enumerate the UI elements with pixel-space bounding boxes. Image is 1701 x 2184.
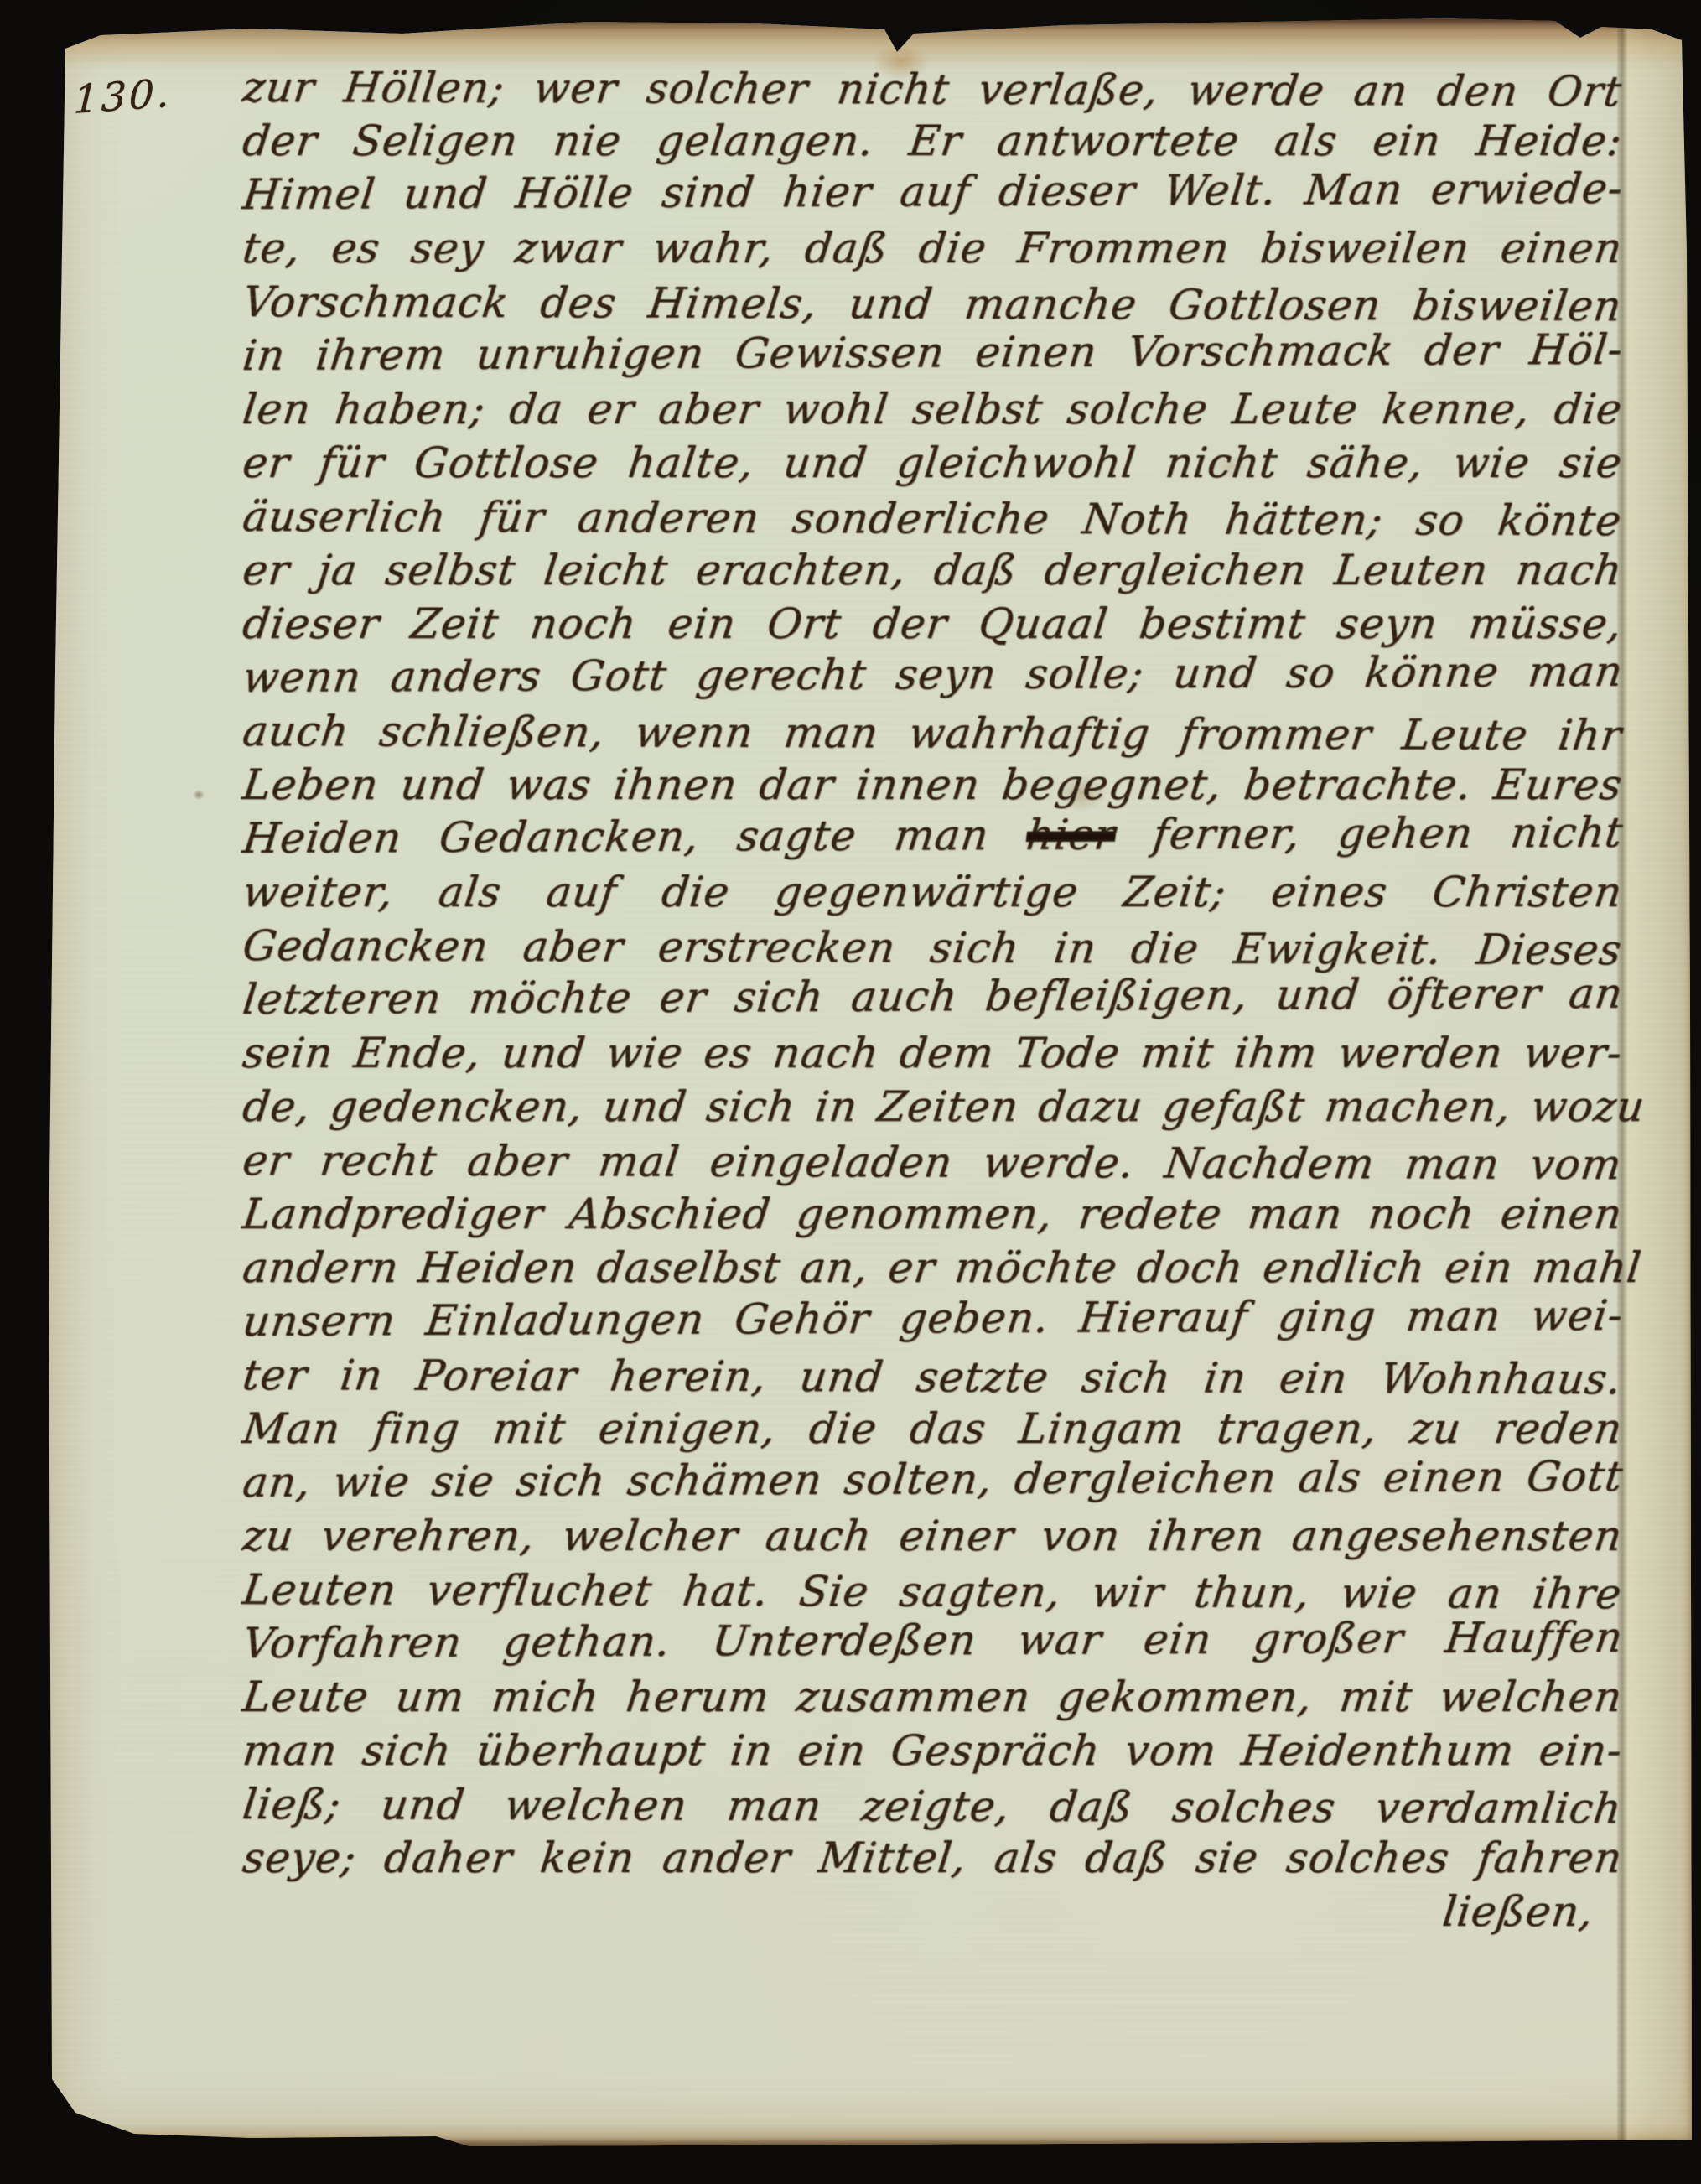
text-segment: Landprediger Abschied genommen, redete m… (240, 1190, 1625, 1238)
text-segment: auch schließen, wenn man wahrhaftig from… (240, 707, 1625, 760)
text-segment: der Seligen nie gelangen. Er antwortete … (240, 117, 1625, 165)
page-number: 130. (73, 70, 173, 123)
handwritten-line: zur Höllen; wer solcher nicht verlaße, w… (240, 60, 1625, 118)
text-segment: de, gedencken, und sich in Zeiten dazu g… (240, 1082, 1647, 1131)
handwritten-line: Leute um mich herum zusammen gekommen, m… (240, 1670, 1626, 1724)
handwritten-line: ter in Poreiar herein, und setzte sich i… (240, 1348, 1625, 1406)
handwritten-line: er ja selbst leicht erachten, daß dergle… (240, 543, 1626, 597)
handwritten-line: an, wie sie sich schämen solten, derglei… (240, 1450, 1626, 1509)
text-segment: Leute um mich herum zusammen gekommen, m… (240, 1673, 1625, 1721)
handwritten-line: letzteren möchte er sich auch befleißige… (240, 967, 1626, 1026)
text-segment: er für Gottlose halte, und gleichwohl ni… (240, 438, 1625, 487)
handwritten-line: in ihrem unruhigen Gewissen einen Vorsch… (240, 323, 1626, 382)
text-segment: Himel und Hölle sind hier auf dieser Wel… (241, 164, 1626, 219)
text-segment: Leuten verfluchet hat. Sie sagten, wir t… (240, 1565, 1625, 1618)
text-segment: Gedancken aber erstrecken sich in die Ew… (240, 921, 1625, 974)
text-segment: Man fing mit einigen, die das Lingam tra… (240, 1404, 1625, 1453)
fold-crease (1616, 17, 1692, 2146)
text-segment: an, wie sie sich schämen solten, derglei… (241, 1452, 1626, 1507)
text-segment: seye; daher kein ander Mittel, als daß s… (240, 1834, 1625, 1882)
handwritten-line: unsern Einladungen Gehör geben. Hierauf … (240, 1289, 1626, 1348)
text-segment: unsern Einladungen Gehör geben. Hierauf … (241, 1291, 1626, 1346)
handwritten-line: der Seligen nie gelangen. Er antwortete … (240, 114, 1626, 168)
handwritten-line: auch schließen, wenn man wahrhaftig from… (240, 704, 1625, 762)
catchword: ließen, (240, 1885, 1626, 1938)
torn-bottom-edge (42, 2124, 1692, 2146)
handwritten-line: Landprediger Abschied genommen, redete m… (240, 1187, 1626, 1241)
text-segment: in ihrem unruhigen Gewissen einen Vorsch… (241, 325, 1626, 380)
text-segment: dieser Zeit noch ein Ort der Quaal besti… (240, 599, 1625, 648)
handwritten-line: seye; daher kein ander Mittel, als daß s… (240, 1831, 1626, 1885)
text-segment: Heiden Gedancken, sagte man (241, 811, 1030, 863)
handwritten-text-block: zur Höllen; wer solcher nicht verlaße, w… (243, 60, 1622, 1938)
text-segment: er recht aber mal eingeladen werde. Nach… (240, 1136, 1625, 1189)
text-segment: man sich überhaupt in ein Gespräch vom H… (240, 1726, 1625, 1775)
handwritten-line: äuserlich für anderen sonderliche Noth h… (240, 490, 1625, 547)
struck-word: hier (1024, 810, 1118, 859)
handwritten-line: Vorfahren gethan. Unterdeßen war ein gro… (240, 1611, 1626, 1670)
handwritten-line: er für Gottlose halte, und gleichwohl ni… (240, 436, 1626, 490)
text-segment: Leben und was ihnen dar innen begegnet, … (240, 760, 1625, 809)
handwritten-line: Heiden Gedancken, sagte man hier ferner,… (240, 806, 1626, 865)
text-segment: ter in Poreiar herein, und setzte sich i… (240, 1351, 1625, 1403)
handwritten-line: len haben; da er aber wohl selbst solche… (240, 382, 1626, 436)
handwritten-line: er recht aber mal eingeladen werde. Nach… (240, 1134, 1625, 1191)
text-segment: Vorschmack des Himels, und manche Gottlo… (240, 278, 1625, 330)
text-segment: te, es sey zwar wahr, daß die Frommen bi… (240, 224, 1625, 272)
manuscript-page: 130. zur Höllen; wer solcher nicht verla… (42, 17, 1692, 2146)
text-segment: len haben; da er aber wohl selbst solche… (240, 385, 1625, 433)
handwritten-line: te, es sey zwar wahr, daß die Frommen bi… (240, 221, 1626, 275)
text-segment: ließ; und welchen man zeigte, daß solche… (240, 1780, 1625, 1833)
handwritten-line: weiter, als auf die gegenwärtige Zeit; e… (240, 865, 1626, 919)
text-segment: ferner, gehen nicht (1112, 808, 1626, 859)
handwritten-line: Himel und Hölle sind hier auf dieser Wel… (240, 162, 1626, 221)
text-segment: zur Höllen; wer solcher nicht verlaße, w… (240, 63, 1625, 116)
handwritten-line: wenn anders Gott gerecht seyn solle; und… (240, 645, 1626, 704)
handwritten-line: man sich überhaupt in ein Gespräch vom H… (240, 1724, 1626, 1777)
handwritten-line: sein Ende, und wie es nach dem Tode mit … (240, 1026, 1626, 1080)
handwritten-line: Man fing mit einigen, die das Lingam tra… (240, 1402, 1626, 1455)
text-segment: letzteren möchte er sich auch befleißige… (241, 969, 1626, 1024)
text-segment: zu verehren, welcher auch einer von ihre… (240, 1512, 1625, 1560)
text-segment: er ja selbst leicht erachten, daß dergle… (240, 546, 1625, 594)
text-segment: andern Heiden daselbst an, er möchte doc… (240, 1243, 1644, 1292)
handwritten-line: andern Heiden daselbst an, er möchte doc… (240, 1241, 1626, 1294)
text-segment: wenn anders Gott gerecht seyn solle; und… (241, 647, 1626, 702)
text-segment: äuserlich für anderen sonderliche Noth h… (240, 492, 1625, 545)
text-segment: weiter, als auf die gegenwärtige Zeit; e… (240, 868, 1625, 916)
handwritten-line: zu verehren, welcher auch einer von ihre… (240, 1509, 1626, 1563)
paper-stain (193, 790, 205, 800)
handwritten-line: dieser Zeit noch ein Ort der Quaal besti… (240, 597, 1626, 651)
text-segment: Vorfahren gethan. Unterdeßen war ein gro… (241, 1613, 1626, 1668)
handwritten-line: Leben und was ihnen dar innen begegnet, … (240, 758, 1626, 812)
handwritten-line: ließ; und welchen man zeigte, daß solche… (240, 1777, 1625, 1835)
handwritten-line: de, gedencken, und sich in Zeiten dazu g… (240, 1080, 1626, 1134)
text-segment: sein Ende, und wie es nach dem Tode mit … (240, 1029, 1625, 1077)
